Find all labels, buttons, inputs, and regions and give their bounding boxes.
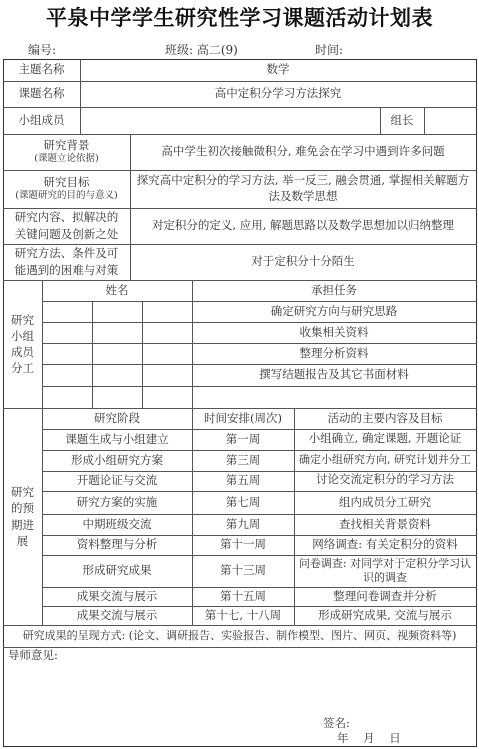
stage-cell: 形成研究成果	[42, 555, 192, 587]
time-cell: 第十三周	[192, 555, 294, 587]
task-header: 承担任务	[192, 280, 476, 301]
background-value[interactable]: 高中学生初次接触微积分, 难免会在学习中遇到许多问题	[130, 134, 476, 170]
theme-label: 主题名称	[3, 59, 80, 81]
topic-value[interactable]: 高中定积分学习方法探究	[80, 81, 476, 107]
goal-value[interactable]: 探究高中定积分的学习方法, 举一反三, 融会贯通, 掌握相关解题方法及数学思想	[130, 170, 476, 208]
presentation-text: 研究成果的呈现方式: (论文、调研报告、实验报告、制作模型、图片、网页、视频资料…	[3, 625, 476, 647]
time-cell: 第九周	[192, 514, 294, 535]
signature-label: 签名:	[323, 716, 403, 732]
advisor-label: 导师意见:	[5, 648, 125, 666]
background-sublabel: (课题立论依据)	[34, 153, 98, 166]
activity-cell: 确定小组研究方向, 研究计划并分工	[294, 450, 476, 471]
stage-cell: 中期班级交流	[42, 514, 192, 535]
time-cell: 第一周	[192, 429, 294, 450]
time-cell: 第三周	[192, 450, 294, 471]
stage-cell: 资料整理与分析	[42, 535, 192, 555]
activity-cell: 查找相关背景资料	[294, 514, 476, 535]
time-cell: 第十一周	[192, 535, 294, 555]
theme-value[interactable]: 数学	[80, 59, 476, 81]
number-label: 编号:	[28, 41, 56, 58]
goal-sublabel: (课题研究的目的与意义)	[15, 190, 117, 203]
method-value[interactable]: 对于定积分十分陌生	[130, 244, 476, 280]
background-label: 研究背景	[44, 138, 90, 154]
stage-header: 研究阶段	[42, 408, 192, 429]
time-cell: 第十七, 十八周	[192, 606, 294, 625]
time-label: 时间:	[315, 41, 343, 58]
task-item[interactable]	[192, 386, 476, 408]
activity-cell: 讨论交流定积分的学习方法	[294, 471, 476, 491]
stage-cell: 成果交流与展示	[42, 606, 192, 625]
method-label: 研究方法、条件及可能遇到的困难与对策	[3, 244, 130, 280]
background-label-cell: 研究背景 (课题立论依据)	[3, 134, 130, 170]
time-header: 时间安排(周次)	[192, 408, 294, 429]
progress-section-label: 研究的预期进展	[3, 408, 42, 625]
stage-cell: 课题生成与小组建立	[42, 429, 192, 450]
table-border-bottom	[3, 746, 477, 747]
activity-cell: 问卷调查: 对同学对于定积分学习认识的调查	[294, 555, 476, 587]
goal-label-cell: 研究目标 (课题研究的目的与意义)	[3, 170, 130, 208]
time-cell: 第十五周	[192, 587, 294, 606]
stage-cell: 研究方案的实施	[42, 491, 192, 514]
task-item: 整理分析资料	[192, 343, 476, 364]
division-section-label: 研究小组成员分工	[3, 280, 42, 408]
activity-cell: 小组确立, 确定课题, 开题论证	[294, 429, 476, 450]
members-field[interactable]	[80, 107, 380, 134]
class-label: 班级: 高二(9)	[165, 41, 238, 58]
task-item: 撰写结题报告及其它书面材料	[192, 364, 476, 386]
goal-label: 研究目标	[44, 175, 90, 191]
activity-cell: 形成研究成果, 交流与展示	[294, 606, 476, 625]
date-label: 年 月 日	[337, 731, 457, 746]
leader-field[interactable]	[424, 107, 476, 134]
content-label: 研究内容、拟解决的关键问题及创新之处	[3, 208, 130, 244]
task-item: 确定研究方向与研究思路	[192, 301, 476, 322]
leader-label: 组长	[380, 107, 424, 134]
divider	[92, 301, 93, 408]
time-cell: 第五周	[192, 471, 294, 491]
divider	[142, 301, 143, 408]
advisor-comment-field[interactable]	[5, 666, 473, 716]
activity-cell: 组内成员分工研究	[294, 491, 476, 514]
table-border-right	[476, 59, 477, 747]
topic-label: 课题名称	[3, 81, 80, 107]
name-header: 姓名	[42, 280, 192, 301]
activity-cell: 整理问卷调查并分析	[294, 587, 476, 606]
stage-cell: 形成小组研究方案	[42, 450, 192, 471]
time-cell: 第七周	[192, 491, 294, 514]
content-value[interactable]: 对定积分的定义, 应用, 解题思路以及数学思想加以归纳整理	[130, 208, 476, 244]
stage-cell: 成果交流与展示	[42, 587, 192, 606]
document-title: 平泉中学学生研究性学习课题活动计划表	[0, 2, 479, 32]
activity-cell: 网络调查: 有关定积分的资料	[294, 535, 476, 555]
task-item: 收集相关资料	[192, 322, 476, 343]
members-label: 小组成员	[3, 107, 80, 134]
stage-cell: 开题论证与交流	[42, 471, 192, 491]
activity-header: 活动的主要内容及目标	[294, 408, 476, 429]
